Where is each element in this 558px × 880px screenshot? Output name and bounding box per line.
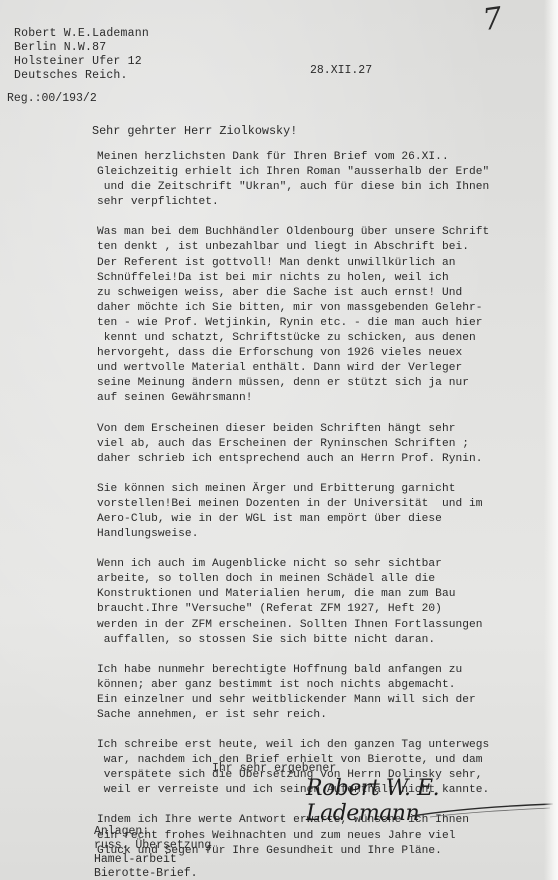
text-line: ten - wie Prof. Wetjinkin, Rynin etc. - …	[97, 316, 547, 331]
paragraph-indignation: Sie können sich meinen Ärger und Erbitte…	[97, 482, 547, 542]
text-line: und die Zeitschrift "Ukran", auch für di…	[97, 180, 547, 195]
text-line: Ich schreibe erst heute, weil ich den ga…	[97, 738, 547, 753]
text-line: Ich habe nunmehr berechtigte Hoffnung ba…	[97, 663, 547, 678]
sender-country: Deutsches Reich.	[14, 69, 149, 83]
enclosure-item: russ. Übersetzung	[94, 839, 211, 853]
text-line: auffallen, so stossen Sie sich bitte nic…	[97, 633, 547, 648]
text-line: braucht.Ihre "Versuche" (Referat ZFM 192…	[97, 602, 547, 617]
text-line: ten denkt , ist unbezahlbar und liegt in…	[97, 240, 547, 255]
sender-street: Holsteiner Ufer 12	[14, 55, 149, 69]
sender-name: Robert W.E.Lademann	[14, 27, 149, 41]
text-line: können; aber ganz bestimmt ist noch nich…	[97, 678, 547, 693]
enclosures-list: Anlagen: russ. Übersetzung Hamel-arbeit …	[94, 825, 211, 880]
sender-city: Berlin N.W.87	[14, 41, 149, 55]
text-line: viel ab, auch das Erscheinen der Ryninsc…	[97, 437, 547, 452]
handwritten-page-number: 7	[481, 1, 505, 38]
paragraph-work: Wenn ich auch im Augenblicke nicht so se…	[97, 557, 547, 648]
text-line: Konstruktionen und Materialien herum, di…	[97, 587, 547, 602]
paragraph-bookseller: Was man bei dem Buchhändler Oldenbourg ü…	[97, 225, 547, 406]
text-line: und wertvolle Material enthält. Dann wir…	[97, 361, 547, 376]
paragraph-hope: Ich habe nunmehr berechtigte Hoffnung ba…	[97, 663, 547, 723]
signature-flourish-icon	[410, 802, 555, 818]
letter-page: 7 Robert W.E.Lademann Berlin N.W.87 Hols…	[0, 0, 558, 880]
letter-date: 28.XII.27	[310, 64, 372, 77]
text-line: seine Meinung ändern müssen, denn er stü…	[97, 376, 547, 391]
sender-address-block: Robert W.E.Lademann Berlin N.W.87 Holste…	[14, 27, 149, 83]
text-line: Was man bei dem Buchhändler Oldenbourg ü…	[97, 225, 547, 240]
text-line: daher schrieb ich entsprechend auch an H…	[97, 452, 547, 467]
text-line: Meinen herzlichsten Dank für Ihren Brief…	[97, 150, 547, 165]
text-line: Der Referent ist gottvoll! Man denkt unw…	[97, 256, 547, 271]
closing-phrase: Ihr sehr ergebener	[212, 762, 336, 775]
text-line: Wenn ich auch im Augenblicke nicht so se…	[97, 557, 547, 572]
text-line: sehr verpflichtet.	[97, 195, 547, 210]
text-line: Schnüffelei!Da ist bei mir nichts zu hol…	[97, 271, 547, 286]
text-line: Handlungsweise.	[97, 527, 547, 542]
salutation: Sehr gehrter Herr Ziolkowsky!	[92, 124, 297, 138]
enclosure-item: Hamel-arbeit	[94, 853, 211, 867]
paragraph-publication: Von dem Erscheinen dieser beiden Schrift…	[97, 422, 547, 467]
text-line: Gleichzeitig erhielt ich Ihren Roman "au…	[97, 165, 547, 180]
text-line: zu schweigen weiss, aber die Sache ist a…	[97, 286, 547, 301]
text-line: vorstellen!Bei meinen Dozenten in der Un…	[97, 497, 547, 512]
text-line: Aero-Club, wie in der WGL ist man empört…	[97, 512, 547, 527]
text-line: auf seinen Gewährsmann!	[97, 391, 547, 406]
text-line: kennt und schatzt, Schriftstücke zu schi…	[97, 331, 547, 346]
text-line: hervorgeht, dass die Erforschung von 192…	[97, 346, 547, 361]
text-line: werden in der ZFM erscheinen. Sollten Ih…	[97, 618, 547, 633]
handwritten-signature: Robert W. E. Lademann	[306, 776, 558, 826]
paragraph-thanks: Meinen herzlichsten Dank für Ihren Brief…	[97, 150, 547, 210]
enclosures-heading: Anlagen:	[94, 825, 211, 839]
text-line: Von dem Erscheinen dieser beiden Schrift…	[97, 422, 547, 437]
text-line: arbeite, so tollen doch in meinen Schäde…	[97, 572, 547, 587]
text-line: daher möchte ich Sie bitten, mir von mas…	[97, 301, 547, 316]
text-line: Sie können sich meinen Ärger und Erbitte…	[97, 482, 547, 497]
enclosure-item: Bierotte-Brief.	[94, 867, 211, 880]
reference-number: Reg.:00/193/2	[7, 92, 97, 105]
text-line: Ein einzelner und sehr weitblickender Ma…	[97, 693, 547, 708]
text-line: Sache annehmen, er ist sehr reich.	[97, 708, 547, 723]
